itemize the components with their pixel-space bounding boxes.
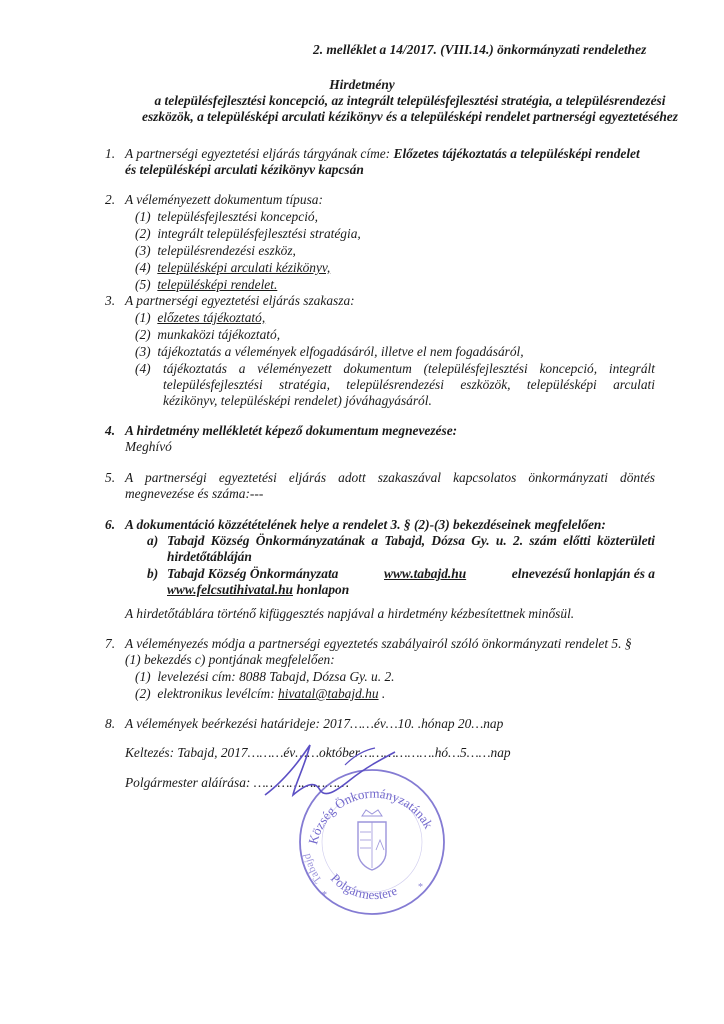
document-title: Hirdetmény <box>0 77 724 93</box>
postal-address-item: (1) levelezési cím: 8088 Tabajd, Dózsa G… <box>135 669 395 685</box>
svg-text:*: * <box>418 882 423 893</box>
section-5-number: 5. <box>105 470 115 486</box>
section-7-label-cont: (1) bekezdés c) pontjának megfelelően: <box>125 652 335 668</box>
section-6-number: 6. <box>105 517 115 533</box>
location-a-line-1: Tabajd Község Önkormányzatának a Tabajd,… <box>167 533 655 549</box>
section-4-label: A hirdetmény mellékletét képező dokument… <box>125 423 457 439</box>
stage-item: (2) munkaközi tájékoztató, <box>135 327 280 343</box>
stage-item-selected: (1) előzetes tájékoztató, <box>135 310 265 326</box>
svg-text:Polgármestere: Polgármestere <box>328 871 400 903</box>
section-1-value: Előzetes tájékoztatás a településképi re… <box>394 146 640 161</box>
subtitle-line-1: a településfejlesztési koncepció, az int… <box>100 93 720 109</box>
stage-item: (3) tájékoztatás a vélemények elfogadásá… <box>135 344 524 360</box>
document-page: 2. melléklet a 14/2017. (VIII.14.) önkor… <box>0 0 724 1024</box>
location-b-text: Tabajd Község Önkormányzata <box>167 566 338 582</box>
section-1: A partnerségi egyeztetési eljárás tárgyá… <box>125 146 640 162</box>
doc-type-item: (2) integrált településfejlesztési strat… <box>135 226 361 242</box>
official-stamp: Község Önkormányzatának Polgármestere Ta… <box>292 760 452 920</box>
posting-note: A hirdetőtáblára történő kifüggesztés na… <box>125 606 574 622</box>
location-a-letter: a) <box>147 533 158 549</box>
deadline-line: A vélemények beérkezési határideje: 2017… <box>125 716 503 732</box>
doc-type-item-selected: (5) településképi rendelet. <box>135 277 277 293</box>
doc-type-item-selected: (4) településképi arculati kézikönyv, <box>135 260 330 276</box>
annex-reference: 2. melléklet a 14/2017. (VIII.14.) önkor… <box>313 42 646 58</box>
section-2-label: A véleményezett dokumentum típusa: <box>125 192 323 208</box>
section-3-number: 3. <box>105 293 115 309</box>
document-subtitle: a településfejlesztési koncepció, az int… <box>100 93 720 125</box>
email-address-item: (2) elektronikus levélcím: hivatal@tabaj… <box>135 686 385 702</box>
felcsuti-website-link[interactable]: www.felcsutihivatal.hu <box>167 582 293 597</box>
email-link[interactable]: hivatal@tabajd.hu <box>278 686 378 701</box>
stage-item-4-line-2: településfejlesztési stratégia, települé… <box>163 377 655 393</box>
subtitle-line-2: eszközök, a településképi arculati kézik… <box>100 109 720 125</box>
section-1-value-cont: és településképi arculati kézikönyv kapc… <box>125 162 364 178</box>
section-5-label-cont: megnevezése és száma:--- <box>125 486 263 502</box>
doc-type-item: (1) településfejlesztési koncepció, <box>135 209 318 225</box>
section-8-number: 8. <box>105 716 115 732</box>
section-1-label: A partnerségi egyeztetési eljárás tárgyá… <box>125 146 390 161</box>
stage-item-4-number: (4) <box>135 361 151 377</box>
svg-text:*: * <box>322 890 327 901</box>
stage-item-4-line-3: kézikönyv, településképi rendelet) jóváh… <box>163 393 432 409</box>
coat-of-arms-icon <box>358 810 386 870</box>
section-6-label: A dokumentáció közzétételének helye a re… <box>125 517 606 533</box>
section-7-number: 7. <box>105 636 115 652</box>
location-b-line-2: www.felcsutihivatal.hu honlapon <box>167 582 349 598</box>
location-b-text-cont: elnevezésű honlapján és a <box>512 566 655 582</box>
section-4-number: 4. <box>105 423 115 439</box>
location-a-line-2: hirdetőtábláján <box>167 549 252 565</box>
section-3-label: A partnerségi egyeztetési eljárás szakas… <box>125 293 355 309</box>
doc-type-item: (3) településrendezési eszköz, <box>135 243 296 259</box>
section-2-number: 2. <box>105 192 115 208</box>
location-b-letter: b) <box>147 566 158 582</box>
tabajd-website-link[interactable]: www.tabajd.hu <box>384 566 466 582</box>
section-7-label: A véleményezés módja a partnerségi egyez… <box>125 636 632 652</box>
location-b-line-1: Tabajd Község Önkormányzata www.tabajd.h… <box>167 566 655 582</box>
section-5-label: A partnerségi egyeztetési eljárás adott … <box>125 470 655 486</box>
section-4-value: Meghívó <box>125 439 172 455</box>
stage-item-4-line-1: tájékoztatás a véleményezett dokumentum … <box>163 361 655 377</box>
section-1-number: 1. <box>105 146 115 162</box>
stamp-bottom-text: Polgármestere <box>328 871 400 903</box>
location-b-suffix: honlapon <box>296 582 349 597</box>
